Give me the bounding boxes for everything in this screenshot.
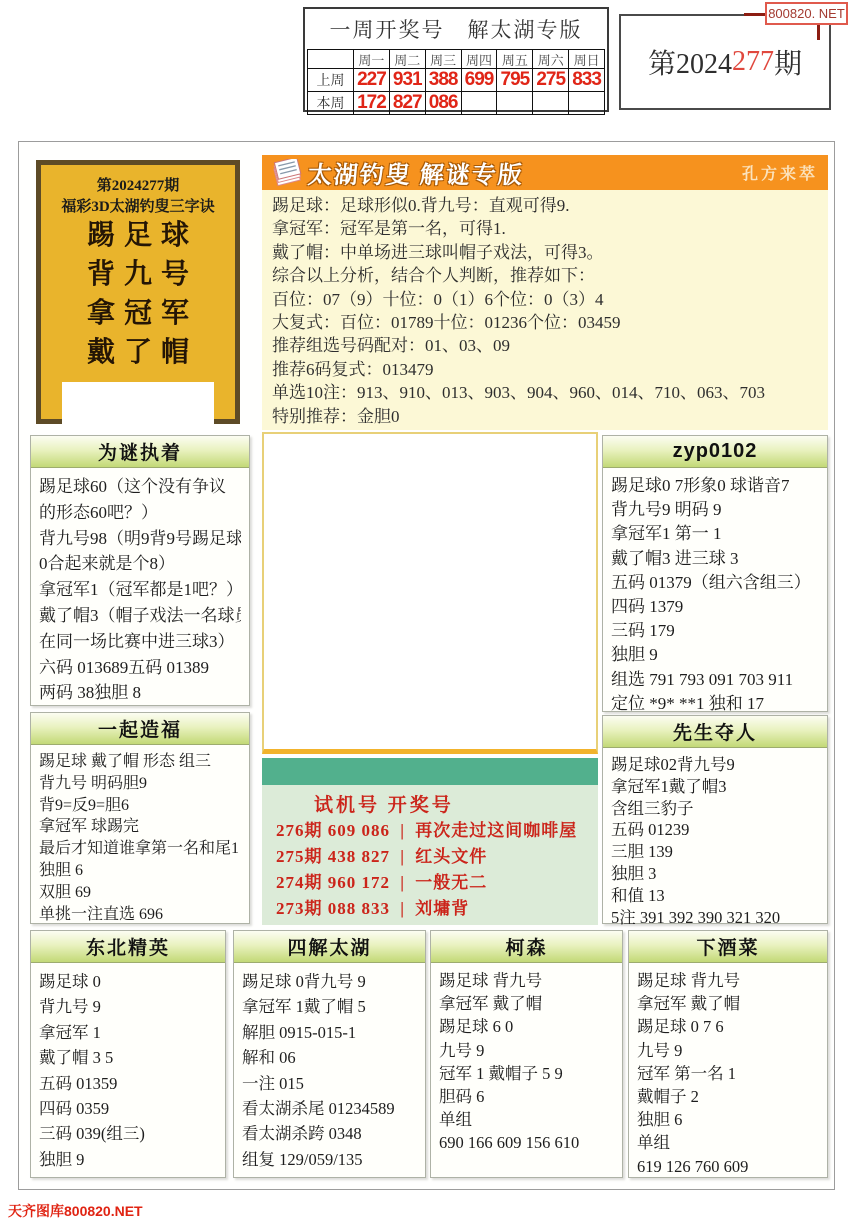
section-title: zyp0102 [603, 436, 827, 468]
day-header-cell: 周一 [353, 49, 389, 68]
draw-note: 再次走过这间咖啡屋 [415, 821, 577, 840]
day-header-cell: 周五 [496, 49, 532, 68]
verse-lines: 踢足球背九号拿冠军戴了帽 [41, 216, 235, 372]
golden-verse-box: 第2024277期 福彩3D太湖钓叟三字诀 踢足球背九号拿冠军戴了帽 [36, 160, 240, 424]
text-line: 拿冠军 戴了帽 [439, 992, 614, 1015]
day-header-cell: 周四 [461, 49, 497, 68]
section-body: 踢足球0 7形象0 球谐音7背九号9 明码 9拿冠军1 第一 1戴了帽3 进三球… [603, 468, 827, 716]
text-line: 戴了帽：中单场进三球叫帽子戏法，可得3。 [272, 241, 828, 264]
text-line: 背九号9 明码 9 [611, 498, 819, 522]
draw-number-cell [532, 91, 568, 114]
text-line: 拿冠军1（冠军都是1吧？） [39, 577, 241, 603]
text-line: 踢足球 0 7 6 [637, 1015, 819, 1038]
draw-note: 红头文件 [415, 847, 487, 866]
taihu-panel-corner-label: 孔方来萃 [742, 161, 818, 184]
text-line: 冠军 第一名 1 [637, 1062, 819, 1085]
section-xiansheng-duoren: 先生夺人 踢足球02背九号9拿冠军1戴了帽3含组三豹子五码 01239三胆 13… [602, 715, 828, 924]
issue-number-box: 第2024277期 [619, 14, 831, 110]
section-body: 踢足球02背九号9拿冠军1戴了帽3含组三豹子五码 01239三胆 139独胆 3… [603, 748, 827, 928]
table-corner-cell [307, 49, 353, 68]
text-line: 和值 13 [611, 885, 819, 907]
draw-period: 274期 [276, 873, 323, 892]
text-line: 解和 06 [242, 1045, 417, 1070]
section-body: 踢足球 背九号拿冠军 戴了帽踢足球 6 0九号 9冠军 1 戴帽子 5 9胆码 … [431, 963, 622, 1155]
issue-number: 277 [732, 46, 774, 78]
draw-numbers: 438 827 [328, 847, 390, 866]
draw-number-cell [496, 91, 532, 114]
section-yiqi-zaofu: 一起造福 踢足球 戴了帽 形态 组三背九号 明码胆9背9=反9=胆6拿冠军 球踢… [30, 712, 250, 924]
taihu-panel-title: 太湖钓叟 解谜专版 [306, 155, 525, 190]
trial-draw-row: 276期 609 086 | 再次走过这间咖啡屋 [276, 818, 598, 844]
draw-number-cell: 833 [568, 68, 604, 91]
text-line: 冠军 1 戴帽子 5 9 [439, 1062, 614, 1085]
text-line: 踢足球 0 [39, 969, 217, 994]
text-line: 戴帽子 2 [637, 1085, 819, 1108]
verse-line: 戴了帽 [41, 333, 235, 372]
text-line: 背九号 9 [39, 994, 217, 1019]
text-line: 5注 391 392 390 321 320 [611, 907, 819, 929]
draw-number-cell: 795 [496, 68, 532, 91]
draw-numbers: 609 086 [328, 821, 390, 840]
draw-number-cell [568, 91, 604, 114]
draw-period: 275期 [276, 847, 323, 866]
text-line: 综合以上分析，结合个人判断，推荐如下： [272, 264, 828, 287]
section-xiajiucai: 下酒菜 踢足球 背九号拿冠军 戴了帽踢足球 0 7 6九号 9冠军 第一名 1戴… [628, 930, 828, 1178]
text-line: 独胆 9 [39, 1147, 217, 1172]
text-line: 踢足球0 7形象0 球谐音7 [611, 474, 819, 498]
footer-watermark: 天齐图库800820.NET [8, 1201, 143, 1221]
draw-number-cell: 931 [389, 68, 425, 91]
trial-draw-title: 试机号 开奖号 [276, 790, 598, 817]
weekly-draws-box: 一周开奖号 解太湖专版 周一周二周三周四周五周六周日 上周 2279313886… [303, 7, 609, 112]
text-line: 九号 9 [637, 1039, 819, 1062]
section-title: 为谜执着 [31, 436, 249, 468]
text-line: 大复式：百位：01789十位：01236个位：03459 [272, 311, 828, 334]
text-line: 踢足球 背九号 [637, 969, 819, 992]
section-weimi-zhizhuo: 为谜执着 踢足球60（这个没有争议的形态60吧？）背九号98（明9背9号踢足球0… [30, 435, 250, 706]
taihu-panel-body: 踢足球：足球形似0.背九号：直观可得9.拿冠军：冠军是第一名，可得1.戴了帽：中… [262, 190, 828, 428]
text-line: 一注 015 [242, 1071, 417, 1096]
text-line: 三码 039(组三) [39, 1121, 217, 1146]
draw-number-cell: 172 [353, 91, 389, 114]
site-watermark: 800820. NET [765, 2, 848, 25]
text-line: 定位 *9* **1 独和 17 [611, 692, 819, 716]
draw-period: 273期 [276, 899, 323, 918]
text-line: 戴了帽3（帽子戏法一名球员 [39, 603, 241, 629]
weekly-draws-title: 一周开奖号 解太湖专版 [305, 9, 607, 49]
draw-numbers: 088 833 [328, 899, 390, 918]
section-zyp0102: zyp0102 踢足球0 7形象0 球谐音7背九号9 明码 9拿冠军1 第一 1… [602, 435, 828, 712]
section-title: 下酒菜 [629, 931, 827, 963]
text-line: 百位：07（9）十位：0（1）6个位：0（3）4 [272, 288, 828, 311]
draw-number-cell: 827 [389, 91, 425, 114]
text-line: 组选 791 793 091 703 911 [611, 668, 819, 692]
section-body: 踢足球60（这个没有争议的形态60吧？）背九号98（明9背9号踢足球0合起来就是… [31, 468, 249, 706]
gold-box-issue: 第2024277期 [41, 174, 235, 195]
text-line: 三胆 139 [611, 841, 819, 863]
text-line: 五码 01379（组六含组三） [611, 571, 819, 595]
text-line: 踢足球：足球形似0.背九号：直观可得9. [272, 194, 828, 217]
verse-line: 拿冠军 [41, 294, 235, 333]
section-body: 踢足球 0背九号 9拿冠军 1戴了帽 3 5五码 01359四码 0359三码 … [31, 963, 225, 1172]
text-line: 看太湖杀尾 01234589 [242, 1096, 417, 1121]
taihu-lottery-page: { "page": { "site_tag": "800820. NET", "… [0, 0, 850, 1224]
draw-note: 一般无二 [415, 873, 487, 892]
text-line: 双胆 69 [39, 882, 241, 904]
callout-line-horizontal [744, 13, 765, 16]
text-line: 五码 01359 [39, 1071, 217, 1096]
text-line: 独胆 9 [611, 643, 819, 667]
section-body: 踢足球 0背九号 9拿冠军 1戴了帽 5解胆 0915-015-1解和 06一注… [234, 963, 425, 1172]
text-line: 拿冠军 1 [39, 1020, 217, 1045]
text-line: 两码 38独胆 8 [39, 680, 241, 706]
draw-number-cell: 086 [425, 91, 461, 114]
draw-number-cell [461, 91, 497, 114]
trial-draw-row: 275期 438 827 | 红头文件 [276, 844, 598, 870]
text-line: 含组三豹子 [611, 798, 819, 820]
row-label-this-week: 本周 [307, 91, 353, 114]
text-line: 戴了帽3 进三球 3 [611, 547, 819, 571]
text-line: 背9=反9=胆6 [39, 795, 241, 817]
text-line: 单组 [439, 1108, 614, 1131]
taihu-analysis-panel: 太湖钓叟 解谜专版 孔方来萃 踢足球：足球形似0.背九号：直观可得9.拿冠军：冠… [262, 155, 828, 430]
taihu-panel-header: 太湖钓叟 解谜专版 孔方来萃 [262, 155, 828, 190]
section-title: 四解太湖 [234, 931, 425, 963]
gold-box-subtitle: 福彩3D太湖钓叟三字诀 [41, 195, 235, 216]
text-line: 踢足球02背九号9 [611, 754, 819, 776]
trial-draw-panel: 试机号 开奖号 276期 609 086 | 再次走过这间咖啡屋 275期 43… [262, 758, 598, 925]
text-line: 独胆 6 [39, 860, 241, 882]
day-header-cell: 周三 [425, 49, 461, 68]
issue-suffix: 期 [774, 42, 802, 82]
draw-separator: | [395, 847, 410, 866]
weekly-draws-table: 周一周二周三周四周五周六周日 上周 227931388699795275833 … [307, 49, 605, 115]
text-line: 特别推荐：金胆0 [272, 405, 828, 428]
draw-number-cell: 699 [461, 68, 497, 91]
green-header-bar [262, 758, 598, 785]
text-line: 单挑一注直选 696 [39, 904, 241, 926]
text-line: 看太湖杀跨 0348 [242, 1121, 417, 1146]
text-line: 背九号 明码胆9 [39, 773, 241, 795]
text-line: 单选10注：913、910、013、903、904、960、014、710、06… [272, 381, 828, 404]
text-line: 踢足球 6 0 [439, 1015, 614, 1038]
day-header-cell: 周六 [532, 49, 568, 68]
text-line: 解胆 0915-015-1 [242, 1020, 417, 1045]
draw-separator: | [395, 899, 410, 918]
text-line: 619 126 760 609 [637, 1155, 819, 1178]
book-icon [272, 159, 302, 186]
day-header-cell: 周日 [568, 49, 604, 68]
draw-number-cell: 275 [532, 68, 568, 91]
section-title: 东北精英 [31, 931, 225, 963]
text-line: 的形态60吧？） [39, 500, 241, 526]
text-line: 690 166 609 156 610 [439, 1131, 614, 1154]
trial-draw-body: 试机号 开奖号 276期 609 086 | 再次走过这间咖啡屋 275期 43… [262, 785, 598, 922]
trial-draw-row: 273期 088 833 | 刘墉背 [276, 896, 598, 922]
draw-separator: | [395, 873, 410, 892]
text-line: 拿冠军 1戴了帽 5 [242, 994, 417, 1019]
text-line: 拿冠军 戴了帽 [637, 992, 819, 1015]
text-line: 组复 129/059/135 [242, 1147, 417, 1172]
text-line: 九号 9 [439, 1039, 614, 1062]
text-line: 最后才知道谁拿第一名和尾1 [39, 838, 241, 860]
draw-separator: | [395, 821, 410, 840]
section-body: 踢足球 戴了帽 形态 组三背九号 明码胆9背9=反9=胆6拿冠军 球踢完最后才知… [31, 745, 249, 925]
draw-numbers: 960 172 [328, 873, 390, 892]
callout-line-vertical [817, 25, 820, 40]
day-header-cell: 周二 [389, 49, 425, 68]
text-line: 拿冠军1 第一 1 [611, 522, 819, 546]
text-line: 踢足球 戴了帽 形态 组三 [39, 751, 241, 773]
row-label-last-week: 上周 [307, 68, 353, 91]
draw-note: 刘墉背 [415, 899, 469, 918]
text-line: 三码 179 [611, 619, 819, 643]
text-line: 拿冠军：冠军是第一名，可得1. [272, 217, 828, 240]
text-line: 踢足球 0背九号 9 [242, 969, 417, 994]
text-line: 在同一场比赛中进三球3） [39, 629, 241, 655]
section-sijie-taihu: 四解太湖 踢足球 0背九号 9拿冠军 1戴了帽 5解胆 0915-015-1解和… [233, 930, 426, 1178]
trial-draw-row: 274期 960 172 | 一般无二 [276, 870, 598, 896]
draw-period: 276期 [276, 821, 323, 840]
text-line: 推荐组选号码配对：01、03、09 [272, 334, 828, 357]
section-body: 踢足球 背九号拿冠军 戴了帽踢足球 0 7 6九号 9冠军 第一名 1戴帽子 2… [629, 963, 827, 1178]
text-line: 六码 013689五码 01389 [39, 655, 241, 681]
text-line: 推荐6码复式：013479 [272, 358, 828, 381]
text-line: 五码 01239 [611, 819, 819, 841]
text-line: 踢足球 背九号 [439, 969, 614, 992]
draw-number-cell: 227 [353, 68, 389, 91]
text-line: 独胆 3 [611, 863, 819, 885]
text-line: 胆码 6 [439, 1085, 614, 1108]
text-line: 戴了帽 3 5 [39, 1045, 217, 1070]
center-blank-box [262, 432, 598, 754]
text-line: 拿冠军 球踢完 [39, 816, 241, 838]
section-title: 一起造福 [31, 713, 249, 745]
verse-line: 背九号 [41, 255, 235, 294]
text-line: 四码 0359 [39, 1096, 217, 1121]
text-line: 踢足球60（这个没有争议 [39, 474, 241, 500]
text-line: 单组 [637, 1131, 819, 1154]
section-title: 柯森 [431, 931, 622, 963]
draw-number-cell: 388 [425, 68, 461, 91]
trial-draw-rows: 276期 609 086 | 再次走过这间咖啡屋 275期 438 827 | … [276, 818, 598, 922]
text-line: 拿冠军1戴了帽3 [611, 776, 819, 798]
section-dongbei-jingying: 东北精英 踢足球 0背九号 9拿冠军 1戴了帽 3 5五码 01359四码 03… [30, 930, 226, 1178]
section-kesen: 柯森 踢足球 背九号拿冠军 戴了帽踢足球 6 0九号 9冠军 1 戴帽子 5 9… [430, 930, 623, 1178]
issue-prefix: 第2024 [648, 42, 732, 82]
text-line: 背九号98（明9背9号踢足球 [39, 526, 241, 552]
blank-white-area [62, 382, 214, 440]
text-line: 四码 1379 [611, 595, 819, 619]
text-line: 0合起来就是个8） [39, 551, 241, 577]
verse-line: 踢足球 [41, 216, 235, 255]
text-line: 独胆 6 [637, 1108, 819, 1131]
section-title: 先生夺人 [603, 716, 827, 748]
